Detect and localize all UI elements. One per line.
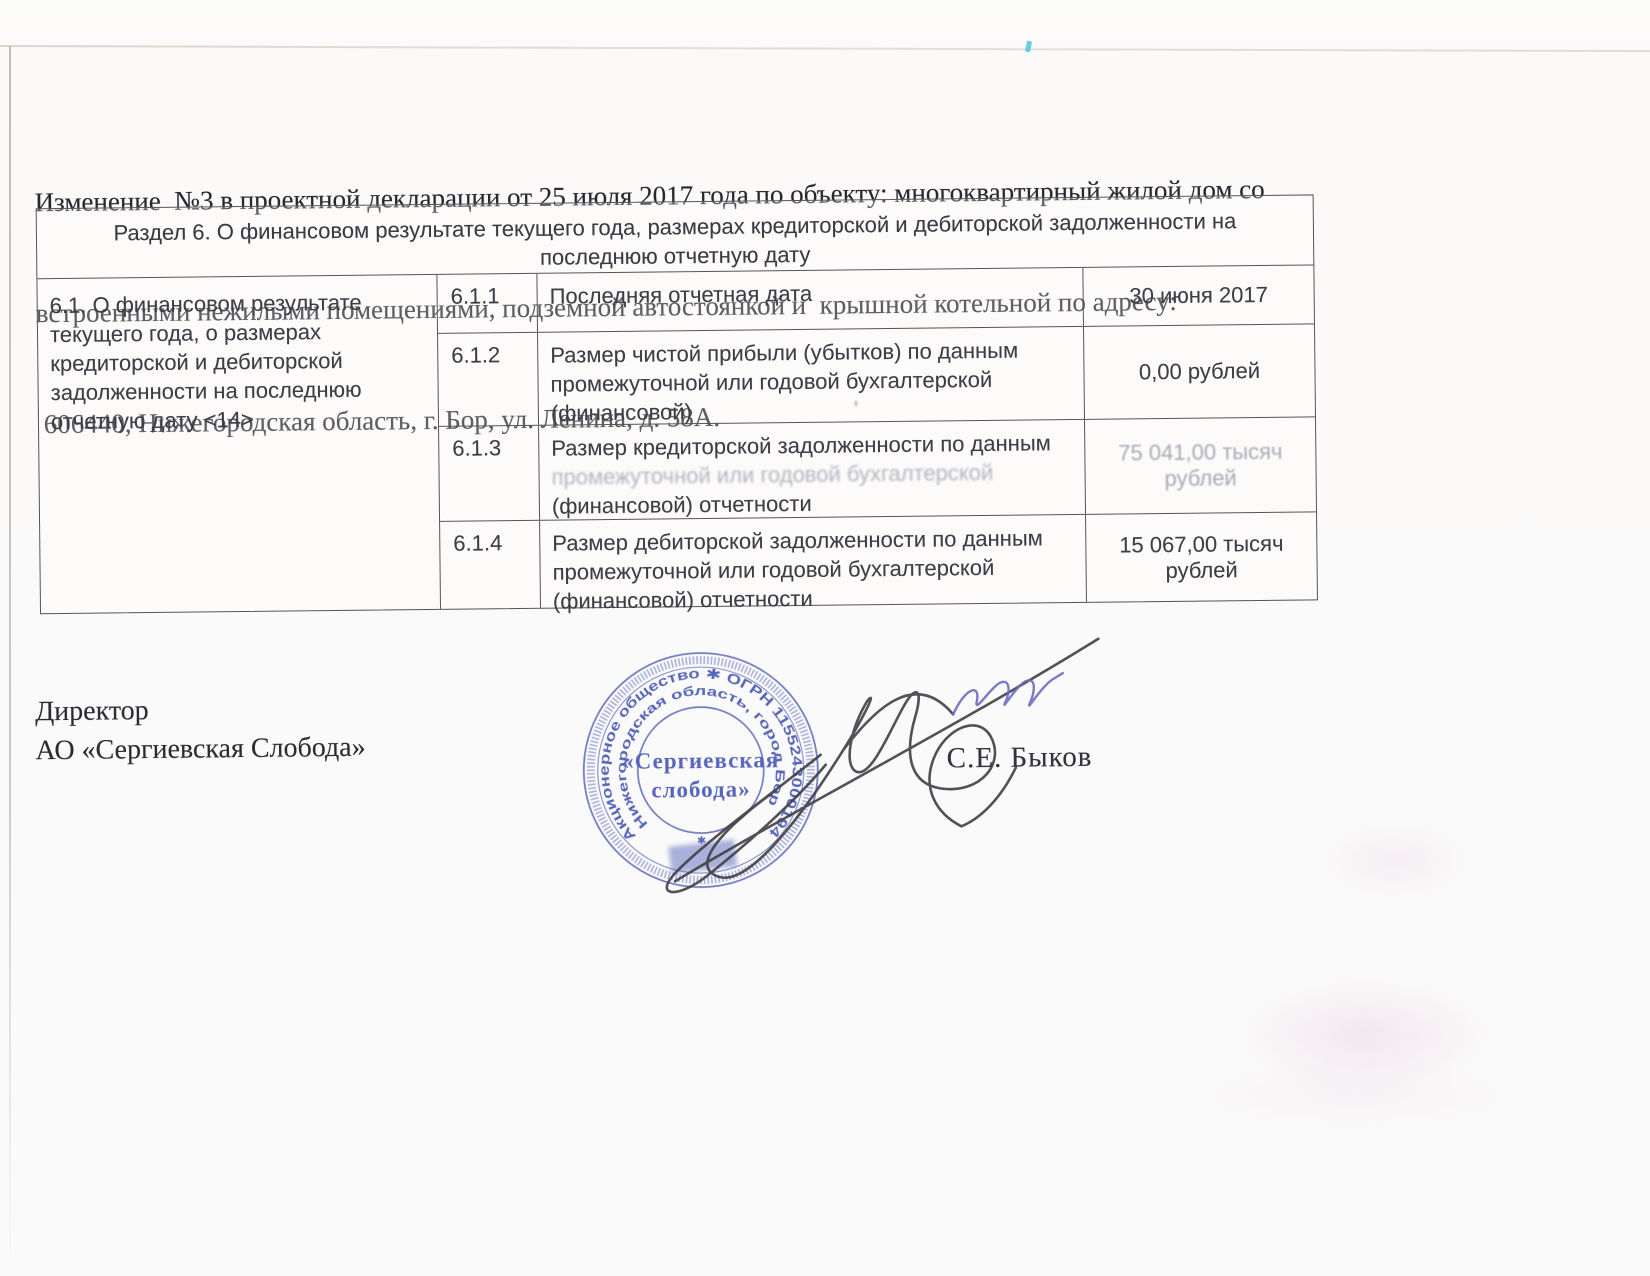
row-number: 6.1.4 xyxy=(440,521,541,609)
row-value: 30 июня 2017 xyxy=(1083,265,1314,325)
row-label-line: Последняя отчетная дата xyxy=(549,276,1072,311)
signoff-role-line: АО «Сергиевская Слобода» xyxy=(35,726,555,771)
table-row: 6.1.1 Последняя отчетная дата 30 июня 20… xyxy=(437,265,1314,333)
row-number: 6.1.1 xyxy=(437,274,538,333)
scanned-document-page: Изменение №3 в проектной декларации от 2… xyxy=(0,0,1650,1276)
signer-name: С.Е. Быков xyxy=(946,741,1092,776)
table-row: 6.1.2 Размер чистой прибыли (убытков) по… xyxy=(438,324,1315,426)
row-label-line-faded: промежуточной или годовой бухгалтерской xyxy=(551,457,1074,492)
row-value-faded: 75 041,00 тысяч рублей xyxy=(1085,417,1316,513)
row-number: 6.1.2 xyxy=(438,333,539,426)
row-number: 6.1.3 xyxy=(439,426,540,521)
row-value: 0,00 рублей xyxy=(1084,324,1315,418)
signature-stroke xyxy=(705,691,1016,878)
row-label-line: Размер чистой прибыли (убытков) по данны… xyxy=(550,335,1073,370)
row-label: Размер чистой прибыли (убытков) по данны… xyxy=(538,327,1085,425)
row-label: Последняя отчетная дата xyxy=(537,268,1084,332)
table-row: 6.1.3 Размер кредиторской задолженности … xyxy=(439,417,1316,521)
row-label-line: Размер дебиторской задолженности по данн… xyxy=(552,523,1075,558)
section6-table: Раздел 6. О финансовом результате текуще… xyxy=(36,194,1318,614)
row-label: Размер кредиторской задолженности по дан… xyxy=(539,420,1086,520)
signoff-role-line: Директор xyxy=(35,687,555,732)
table-group-label-6-1: 6.1. О финансовом результате текущего го… xyxy=(37,275,441,613)
signoff-role: Директор АО «Сергиевская Слобода» xyxy=(35,687,556,771)
signature-stroke-blue xyxy=(953,673,1063,714)
